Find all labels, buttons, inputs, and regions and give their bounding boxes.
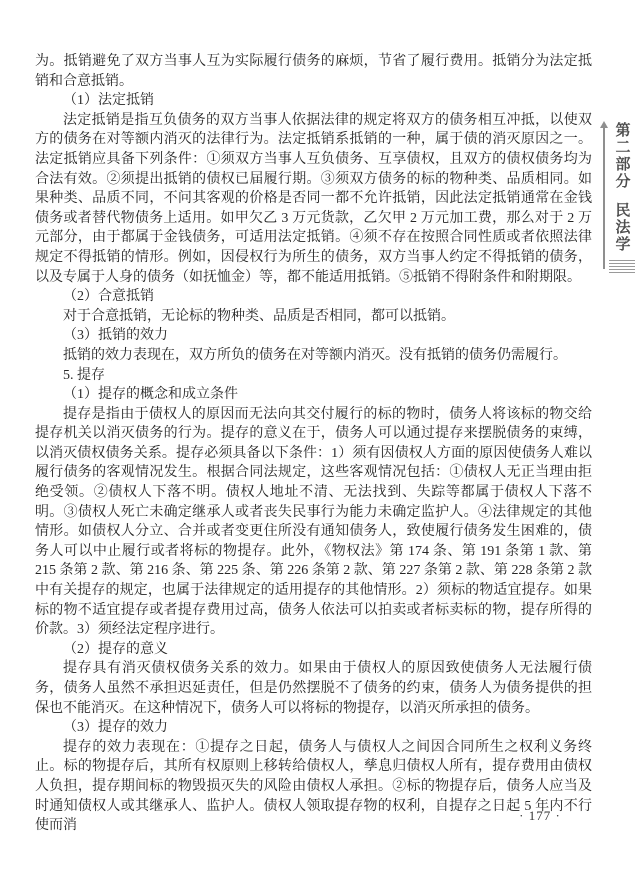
paragraph: 法定抵销是指互负债务的双方当事人依据法律的规定将双方的债务相互冲抵，以使双方的债… — [35, 111, 592, 287]
hatch-decoration-icon — [609, 260, 635, 273]
paragraph: （3）提存的效力 — [35, 718, 592, 738]
book-page: 为。抵销避免了双方当事人互为实际履行债务的麻烦，节省了履行费用。抵销分为法定抵销… — [0, 0, 640, 876]
paragraph: （2）提存的意义 — [35, 640, 592, 660]
page-number: · 177 · — [505, 808, 575, 824]
paragraph: （1）提存的概念和成立条件 — [35, 385, 592, 405]
up-arrow-icon — [603, 127, 605, 269]
part-label: 第二部分 — [615, 122, 630, 190]
paragraph: 提存是指由于债权人的原因而无法向其交付履行的标的物时，债务人将该标的物交给提存机… — [35, 405, 592, 640]
paragraph: （1）法定抵销 — [35, 91, 592, 111]
margin-tab: 第二部分 民法学 — [603, 122, 635, 273]
paragraph: 提存具有消灭债权债务关系的效力。如果由于债权人的原因致使债务人无法履行债务，债务… — [35, 659, 592, 718]
subject-label: 民法学 — [615, 202, 630, 253]
paragraph: 抵销的效力表现在，双方所负的债务在对等额内消灭。没有抵销的债务仍需履行。 — [35, 346, 592, 366]
paragraph: 5. 提存 — [35, 366, 592, 386]
paragraph: 为。抵销避免了双方当事人互为实际履行债务的麻烦，节省了履行费用。抵销分为法定抵销… — [35, 52, 592, 91]
paragraph: 对于合意抵销，无论标的物种类、品质是否相同，都可以抵销。 — [35, 307, 592, 327]
paragraph: （3）抵销的效力 — [35, 326, 592, 346]
paragraph: （2）合意抵销 — [35, 287, 592, 307]
body-text: 为。抵销避免了双方当事人互为实际履行债务的麻烦，节省了履行费用。抵销分为法定抵销… — [35, 52, 592, 836]
margin-tab-labels: 第二部分 民法学 — [609, 122, 635, 273]
